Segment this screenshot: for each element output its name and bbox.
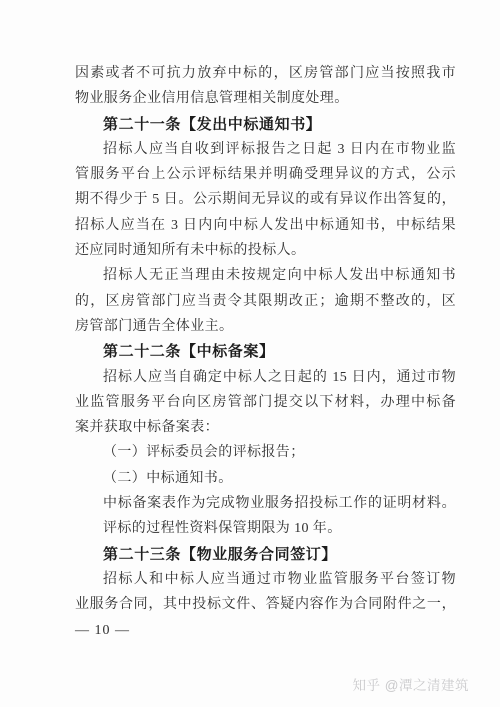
document-page: 因素或者不可抗力放弃中标的，区房管部门应当按照我市物业服务企业信用信息管理相关制… bbox=[0, 0, 500, 707]
text-line: 招标人应当自确定中标人之日起的 15 日内，通过市物 bbox=[75, 365, 456, 390]
page-number: — 10 — bbox=[75, 618, 130, 643]
text-line: 招标人应当在 3 日内向中标人发出中标通知书，中标结果 bbox=[75, 213, 456, 238]
text-line: （二）中标通知书。 bbox=[75, 466, 456, 491]
text-line: 物业服务企业信用信息管理相关制度处理。 bbox=[75, 86, 456, 111]
document-text: 因素或者不可抗力放弃中标的，区房管部门应当按照我市物业服务企业信用信息管理相关制… bbox=[75, 61, 456, 618]
text-line: 招标人无正当理由未按规定向中标人发出中标通知书 bbox=[75, 263, 456, 288]
text-line: 中标备案表作为完成物业服务招投标工作的证明材料。 bbox=[75, 491, 456, 516]
text-line: 管服务平台上公示评标结果并明确受理异议的方式，公示 bbox=[75, 162, 456, 187]
text-line: 案并获取中标备案表： bbox=[75, 415, 456, 440]
zhihu-watermark: 知乎 @潭之清建筑 bbox=[353, 676, 469, 696]
article-heading: 第二十二条【中标备案】 bbox=[75, 339, 456, 364]
text-line: 还应同时通知所有未中标的投标人。 bbox=[75, 238, 456, 263]
text-line: 因素或者不可抗力放弃中标的，区房管部门应当按照我市 bbox=[75, 61, 456, 86]
text-line: 评标的过程性资料保管期限为 10 年。 bbox=[75, 516, 456, 541]
text-line: 业服务合同，其中投标文件、答疑内容作为合同附件之一， bbox=[75, 592, 456, 617]
text-line: 期不得少于 5 日。公示期间无异议的或有异议作出答复的， bbox=[75, 187, 456, 212]
text-line: 房管部门通告全体业主。 bbox=[75, 314, 456, 339]
text-line: 的，区房管部门应当责令其限期改正；逾期不整改的，区 bbox=[75, 289, 456, 314]
text-line: （一）评标委员会的评标报告； bbox=[75, 440, 456, 465]
text-line: 招标人和中标人应当通过市物业监管服务平台签订物 bbox=[75, 567, 456, 592]
text-line: 业监管服务平台向区房管部门提交以下材料，办理中标备 bbox=[75, 390, 456, 415]
text-line: 招标人应当自收到评标报告之日起 3 日内在市物业监 bbox=[75, 137, 456, 162]
article-heading: 第二十三条【物业服务合同签订】 bbox=[75, 542, 456, 567]
article-heading: 第二十一条【发出中标通知书】 bbox=[75, 112, 456, 137]
